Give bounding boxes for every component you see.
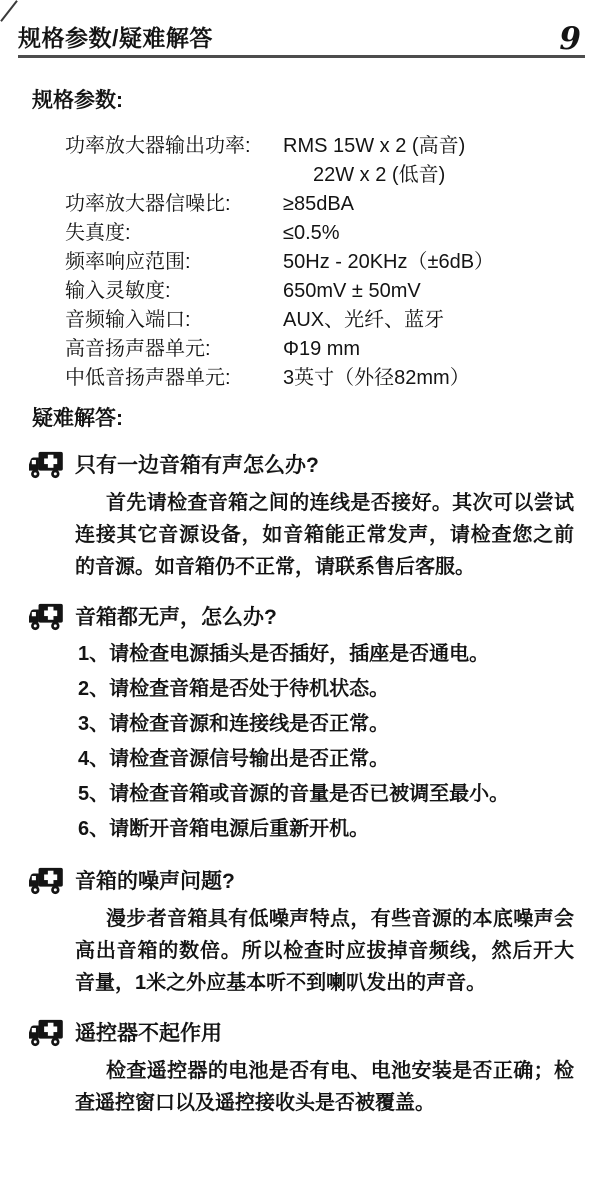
faq-item-one-side-no-sound: 只有一边音箱有声怎么办? 首先请检查音箱之间的连线是否接好。其次可以尝试连接其它… xyxy=(28,451,600,583)
faq-list-item: 2、请检查音箱是否处于待机状态。 xyxy=(78,672,580,707)
faq-list-item: 1、请检查电源插头是否插好，插座是否通电。 xyxy=(78,637,580,672)
spec-label: 频率响应范围: xyxy=(65,248,283,277)
faq-answer: 首先请检查音箱之间的连线是否接好。其次可以尝试连接其它音源设备，如音箱能正常发声… xyxy=(75,487,574,583)
faq-answer: 检查遥控器的电池是否有电、电池安装是否正确；检查遥控窗口以及遥控接收头是否被覆盖… xyxy=(75,1055,574,1119)
spec-value: ≥85dBA xyxy=(283,190,590,219)
faq-item-no-sound: 音箱都无声，怎么办? 1、请检查电源插头是否插好，插座是否通电。 2、请检查音箱… xyxy=(28,603,600,847)
faq-section-title: 疑难解答: xyxy=(32,407,600,431)
faq-question: 只有一边音箱有声怎么办? xyxy=(75,452,319,479)
spec-value: AUX、光纤、蓝牙 xyxy=(283,306,590,335)
spec-row-snr: 功率放大器信噪比: ≥85dBA xyxy=(65,190,590,219)
faq-question-row: 音箱都无声，怎么办? xyxy=(28,603,600,631)
faq-list-item: 4、请检查音源信号输出是否正常。 xyxy=(78,742,580,777)
page-title: 规格参数/疑难解答 xyxy=(18,24,213,52)
spec-value: 650mV ± 50mV xyxy=(283,277,590,306)
spec-row-woofer-unit: 中低音扬声器单元: 3英寸（外径82mm） xyxy=(65,364,590,393)
scan-artifact-line xyxy=(0,0,18,22)
spec-value: 3英寸（外径82mm） xyxy=(283,364,590,393)
spec-table: 功率放大器输出功率: RMS 15W x 2 (高音) 22W x 2 (低音)… xyxy=(65,132,590,393)
faq-question-row: 音箱的噪声问题? xyxy=(28,867,600,895)
faq-question-row: 遥控器不起作用 xyxy=(28,1019,600,1047)
spec-label: 输入灵敏度: xyxy=(65,277,283,306)
faq-question: 遥控器不起作用 xyxy=(75,1020,222,1047)
spec-row-distortion: 失真度: ≤0.5% xyxy=(65,219,590,248)
spec-label: 功率放大器输出功率: xyxy=(65,132,283,161)
faq-list-item: 3、请检查音源和连接线是否正常。 xyxy=(78,707,580,742)
spec-label: 高音扬声器单元: xyxy=(65,335,283,364)
spec-row-input-sensitivity: 输入灵敏度: 650mV ± 50mV xyxy=(65,277,590,306)
spec-label: 失真度: xyxy=(65,219,283,248)
page-header: 规格参数/疑难解答 9 xyxy=(18,24,585,58)
faq-question: 音箱都无声，怎么办? xyxy=(75,604,277,631)
faq-question-row: 只有一边音箱有声怎么办? xyxy=(28,451,600,479)
spec-row-audio-inputs: 音频输入端口: AUX、光纤、蓝牙 xyxy=(65,306,590,335)
spec-value: ≤0.5% xyxy=(283,219,590,248)
spec-row-output-power: 功率放大器输出功率: RMS 15W x 2 (高音) 22W x 2 (低音) xyxy=(65,132,590,190)
ambulance-icon xyxy=(28,1019,64,1047)
ambulance-icon xyxy=(28,451,64,479)
spec-label: 功率放大器信噪比: xyxy=(65,190,283,219)
spec-value: 50Hz - 20KHz（±6dB） xyxy=(283,248,590,277)
faq-checklist: 1、请检查电源插头是否插好，插座是否通电。 2、请检查音箱是否处于待机状态。 3… xyxy=(78,637,580,847)
faq-item-remote-not-working: 遥控器不起作用 检查遥控器的电池是否有电、电池安装是否正确；检查遥控窗口以及遥控… xyxy=(28,1019,600,1119)
specs-section-title: 规格参数: xyxy=(32,89,600,113)
spec-value-line2: 22W x 2 (低音) xyxy=(283,161,590,190)
page-number: 9 xyxy=(559,26,585,52)
spec-value: RMS 15W x 2 (高音) 22W x 2 (低音) xyxy=(283,132,590,190)
faq-list-item: 5、请检查音箱或音源的音量是否已被调至最小。 xyxy=(78,777,580,812)
spec-value-line1: RMS 15W x 2 (高音) xyxy=(283,135,465,157)
faq-list-item: 6、请断开音箱电源后重新开机。 xyxy=(78,812,580,847)
spec-row-tweeter-unit: 高音扬声器单元: Φ19 mm xyxy=(65,335,590,364)
faq-answer: 漫步者音箱具有低噪声特点，有些音源的本底噪声会高出音箱的数倍。所以检查时应拔掉音… xyxy=(75,903,574,999)
spec-label: 中低音扬声器单元: xyxy=(65,364,283,393)
spec-value: Φ19 mm xyxy=(283,335,590,364)
ambulance-icon xyxy=(28,603,64,631)
faq-question: 音箱的噪声问题? xyxy=(75,868,235,895)
faq-item-noise: 音箱的噪声问题? 漫步者音箱具有低噪声特点，有些音源的本底噪声会高出音箱的数倍。… xyxy=(28,867,600,999)
manual-page: 规格参数/疑难解答 9 规格参数: 功率放大器输出功率: RMS 15W x 2… xyxy=(0,0,600,1182)
spec-row-frequency-response: 频率响应范围: 50Hz - 20KHz（±6dB） xyxy=(65,248,590,277)
spec-label: 音频输入端口: xyxy=(65,306,283,335)
ambulance-icon xyxy=(28,867,64,895)
